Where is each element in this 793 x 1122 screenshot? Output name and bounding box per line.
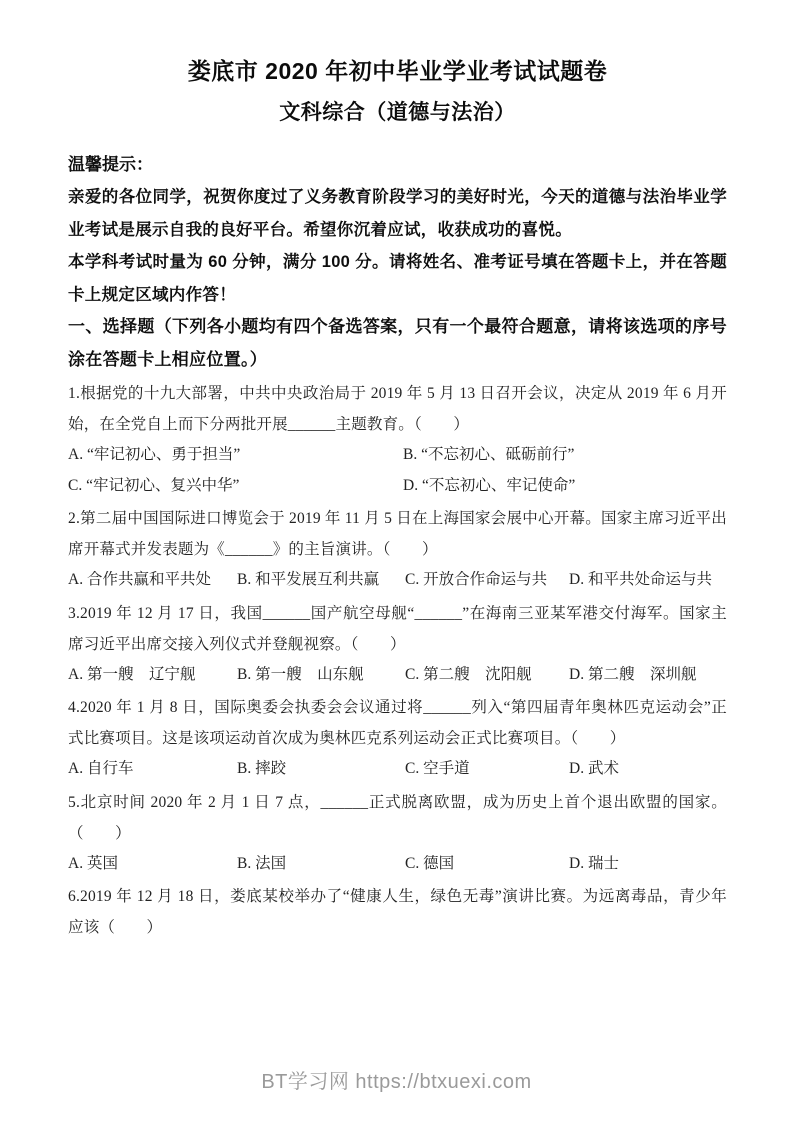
question-3-options: A. 第一艘 辽宁舰 B. 第一艘 山东舰 C. 第二艘 沈阳舰 D. 第二艘 …	[68, 660, 727, 691]
question-1-option-d: D. “不忘初心、牢记使命”	[403, 471, 727, 502]
question-1: 1.根据党的十九大部署，中共中央政治局于 2019 年 5 月 13 日召开会议…	[68, 378, 727, 501]
question-2-options: A. 合作共赢和平共处 B. 和平发展互利共赢 C. 开放合作命运与共 D. 和…	[68, 565, 727, 596]
question-4: 4.2020 年 1 月 8 日，国际奥委会执委会会议通过将______列入“第…	[68, 692, 727, 785]
exam-paper-content: 娄底市 2020 年初中毕业学业考试试题卷 文科综合（道德与法治） 温馨提示： …	[0, 0, 793, 943]
question-4-option-c: C. 空手道	[405, 754, 569, 785]
question-1-text: 1.根据党的十九大部署，中共中央政治局于 2019 年 5 月 13 日召开会议…	[68, 378, 727, 440]
question-1-option-c: C. “牢记初心、复兴中华”	[68, 471, 403, 502]
watermark-text: BT学习网 https://btxuexi.com	[0, 1065, 793, 1094]
question-3-option-c: C. 第二艘 沈阳舰	[405, 660, 569, 691]
notice-paragraph-2: 本学科考试时量为 60 分钟，满分 100 分。请将姓名、准考证号填在答题卡上，…	[68, 246, 727, 311]
notice-label: 温馨提示：	[68, 148, 727, 181]
notice-paragraph-1: 亲爱的各位同学，祝贺你度过了义务教育阶段学习的美好时光，今天的道德与法治毕业学业…	[68, 181, 727, 246]
question-5-options: A. 英国 B. 法国 C. 德国 D. 瑞士	[68, 849, 727, 880]
question-2-option-c: C. 开放合作命运与共	[405, 565, 569, 596]
question-4-option-a: A. 自行车	[68, 754, 237, 785]
page-subtitle: 文科综合（道德与法治）	[68, 99, 727, 127]
question-3-option-b: B. 第一艘 山东舰	[237, 660, 405, 691]
question-2-option-b: B. 和平发展互利共赢	[237, 565, 405, 596]
question-5-option-d: D. 瑞士	[569, 849, 727, 880]
exam-paper-page: 娄底市 2020 年初中毕业学业考试试题卷 文科综合（道德与法治） 温馨提示： …	[0, 0, 793, 1122]
question-4-option-b: B. 摔跤	[237, 754, 405, 785]
question-5-option-c: C. 德国	[405, 849, 569, 880]
question-2: 2.第二届中国国际进口博览会于 2019 年 11 月 5 日在上海国家会展中心…	[68, 503, 727, 596]
question-4-options: A. 自行车 B. 摔跤 C. 空手道 D. 武术	[68, 754, 727, 785]
question-5-option-a: A. 英国	[68, 849, 237, 880]
question-3-option-a: A. 第一艘 辽宁舰	[68, 660, 237, 691]
question-4-option-d: D. 武术	[569, 754, 727, 785]
question-1-options: A. “牢记初心、勇于担当” B. “不忘初心、砥砺前行” C. “牢记初心、复…	[68, 440, 727, 501]
question-2-option-d: D. 和平共处命运与共	[569, 565, 727, 596]
question-5-option-b: B. 法国	[237, 849, 405, 880]
question-3-option-d: D. 第二艘 深圳舰	[569, 660, 727, 691]
question-1-option-a: A. “牢记初心、勇于担当”	[68, 440, 403, 471]
question-3: 3.2019 年 12 月 17 日，我国______国产航空母舰“______…	[68, 598, 727, 691]
question-2-option-a: A. 合作共赢和平共处	[68, 565, 237, 596]
question-6: 6.2019 年 12 月 18 日，娄底某校举办了“健康人生，绿色无毒”演讲比…	[68, 881, 727, 943]
question-2-text: 2.第二届中国国际进口博览会于 2019 年 11 月 5 日在上海国家会展中心…	[68, 503, 727, 565]
page-title: 娄底市 2020 年初中毕业学业考试试题卷	[68, 56, 727, 86]
question-6-text: 6.2019 年 12 月 18 日，娄底某校举办了“健康人生，绿色无毒”演讲比…	[68, 881, 727, 943]
question-3-text: 3.2019 年 12 月 17 日，我国______国产航空母舰“______…	[68, 598, 727, 660]
question-1-option-b: B. “不忘初心、砥砺前行”	[403, 440, 727, 471]
section-heading-choice-questions: 一、选择题（下列各小题均有四个备选答案，只有一个最符合题意，请将该选项的序号涂在…	[68, 311, 727, 376]
question-5-text: 5.北京时间 2020 年 2 月 1 日 7 点，______正式脱离欧盟，成…	[68, 787, 727, 849]
question-5: 5.北京时间 2020 年 2 月 1 日 7 点，______正式脱离欧盟，成…	[68, 787, 727, 880]
question-4-text: 4.2020 年 1 月 8 日，国际奥委会执委会会议通过将______列入“第…	[68, 692, 727, 754]
